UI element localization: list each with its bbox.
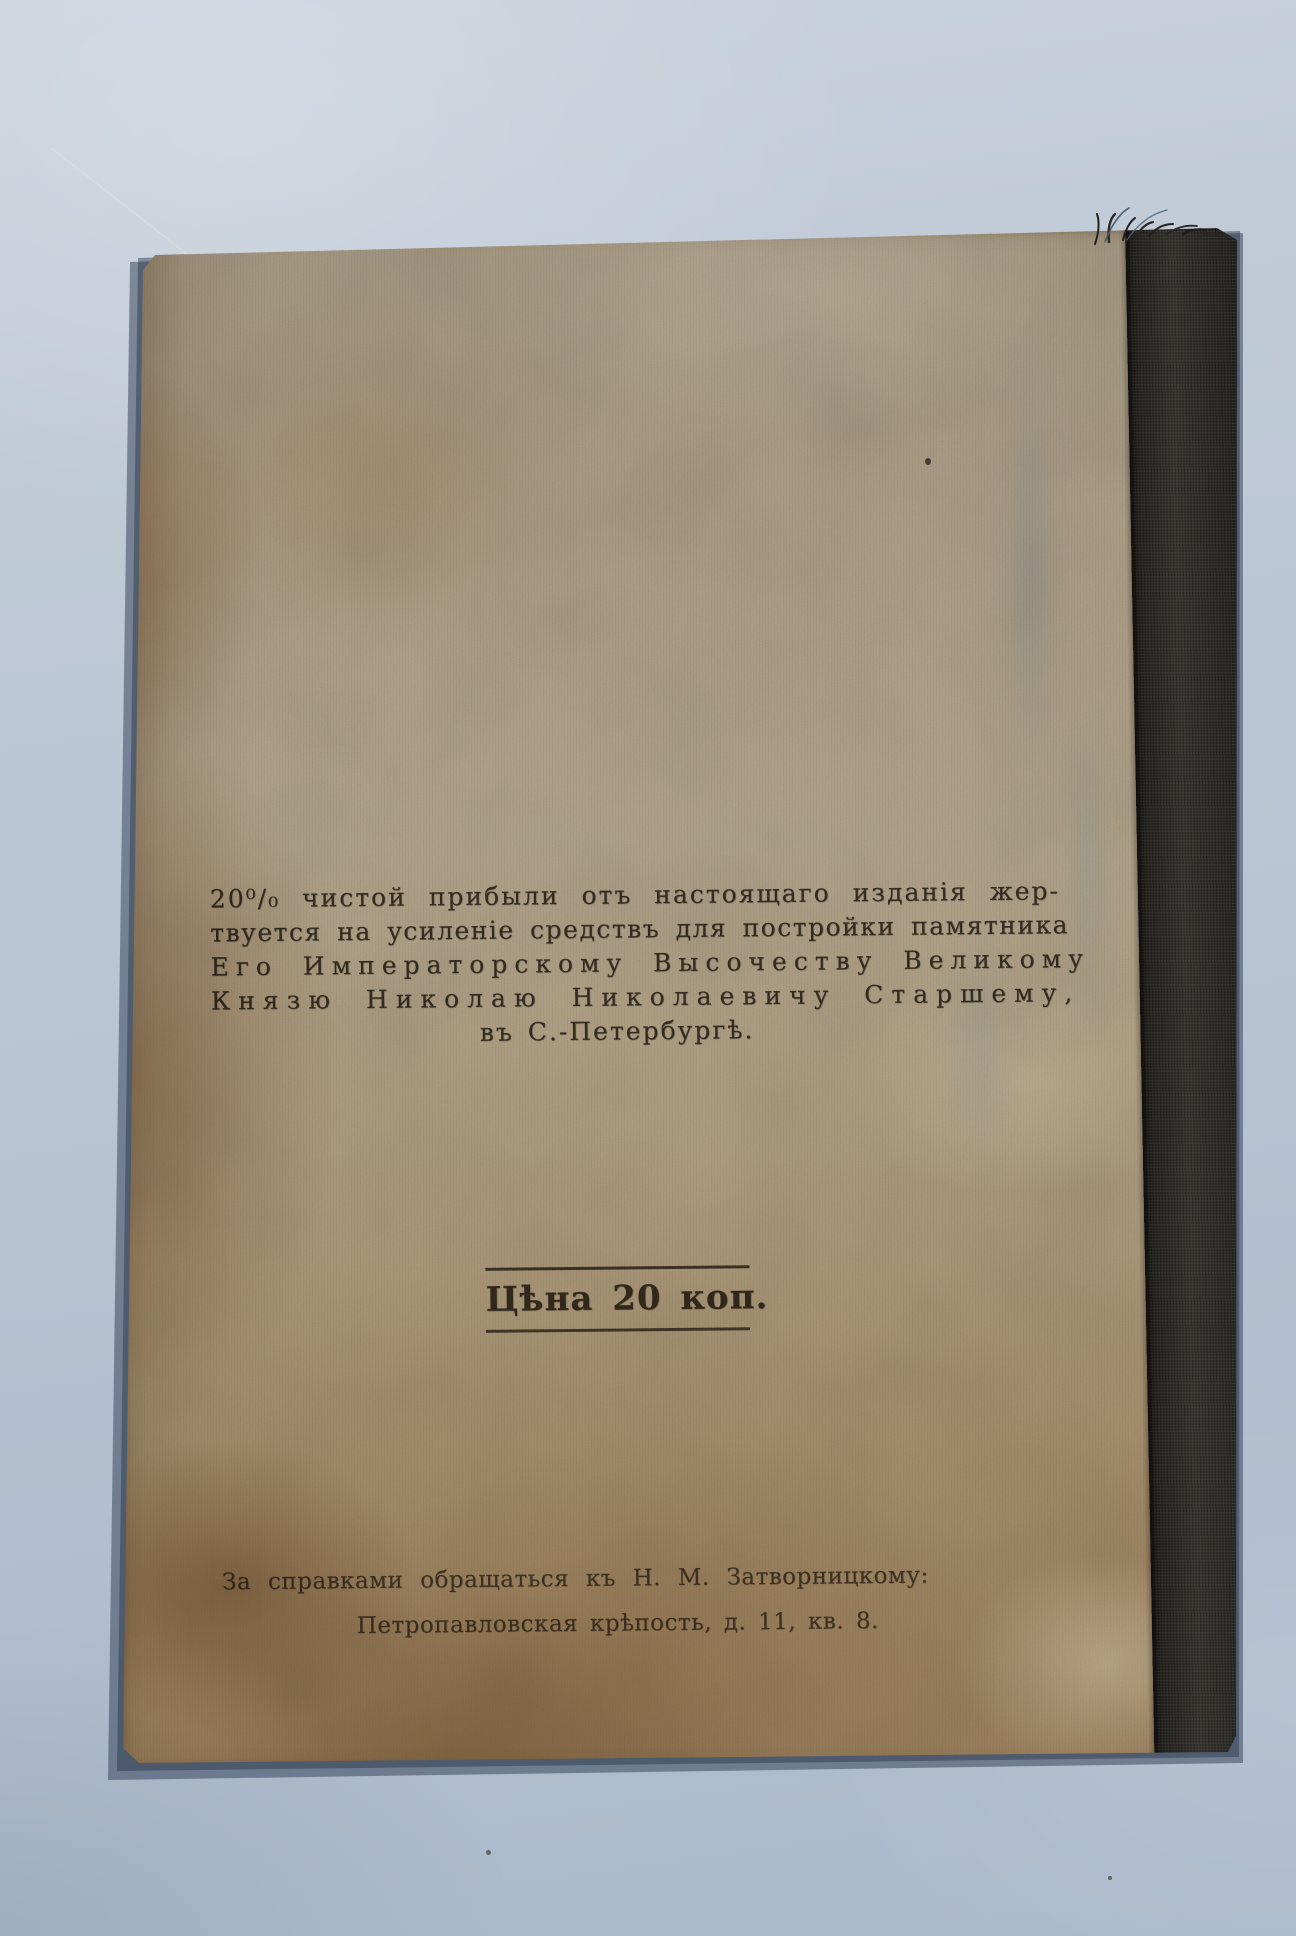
price-box: Цѣна 20 коп.	[485, 1265, 750, 1333]
table-speck	[486, 1850, 491, 1855]
frayed-threads	[1075, 192, 1260, 248]
book-back-cover: 20⁰/₀ чистой прибыли отъ настоящаго изда…	[117, 226, 1243, 1772]
donation-notice: 20⁰/₀ чистой прибыли отъ настоящаго изда…	[210, 875, 1024, 1053]
printed-ink-layer: 20⁰/₀ чистой прибыли отъ настоящаго изда…	[107, 221, 1248, 1778]
table-speck	[1108, 1876, 1112, 1880]
contact-line-2: Петропавловская крѣпость, д. 11, кв. 8.	[213, 1598, 1023, 1651]
contact-line-1: За справками обращаться къ Н. М. Затворн…	[170, 1553, 980, 1606]
photo-scene: 20⁰/₀ чистой прибыли отъ настоящаго изда…	[0, 0, 1296, 1936]
price-label: Цѣна 20 коп.	[486, 1277, 769, 1320]
contact-info: За справками обращаться къ Н. М. Затворн…	[170, 1553, 981, 1651]
